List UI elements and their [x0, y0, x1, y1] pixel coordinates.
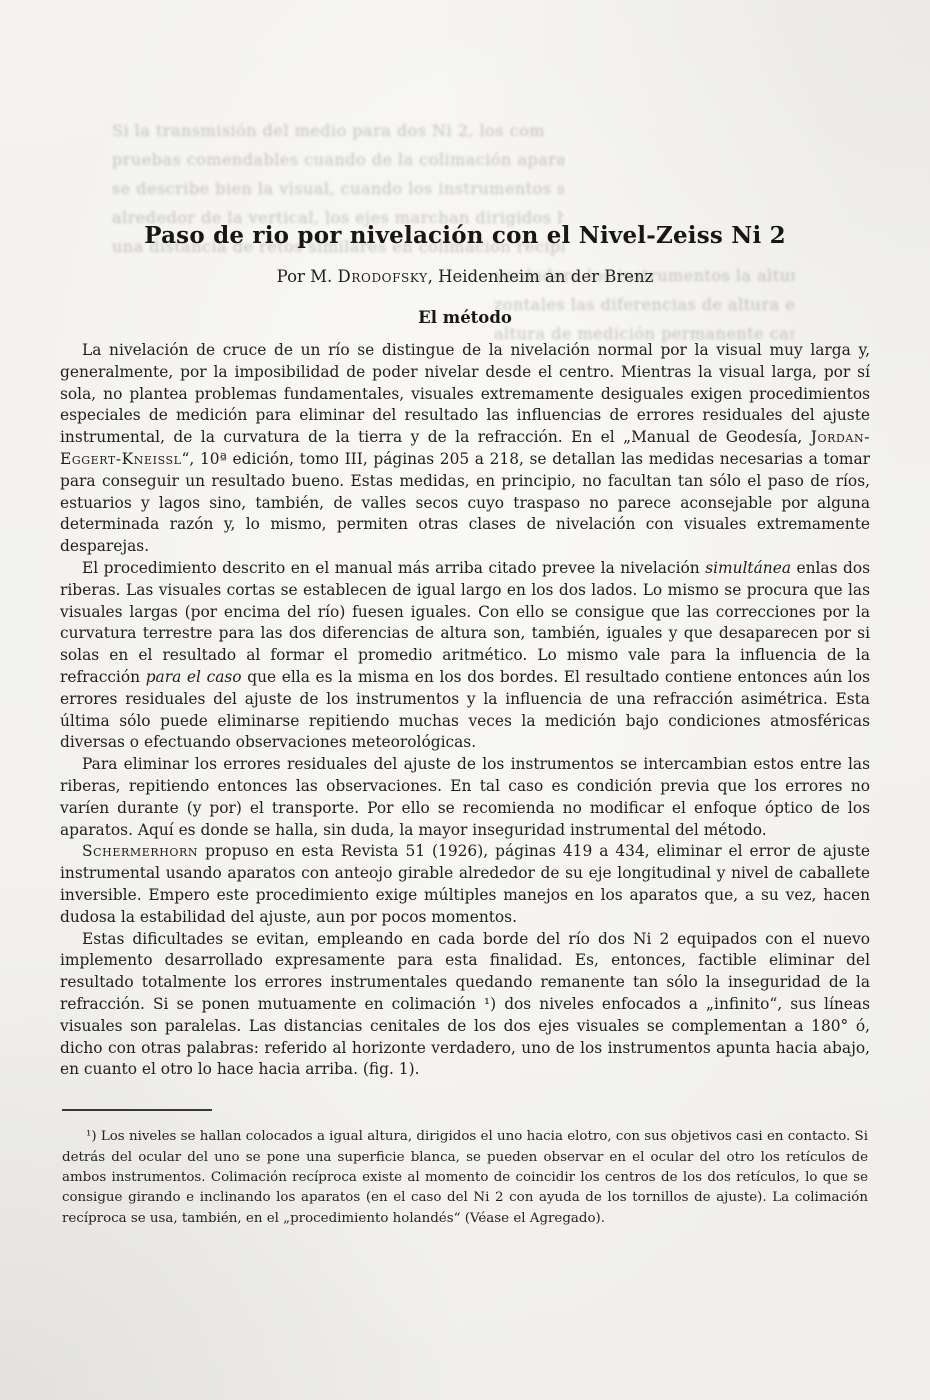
- author-name: Drodofsky: [338, 267, 428, 286]
- bleedthrough-line: pruebas comendables cuando de la colimac…: [112, 145, 564, 174]
- bleedthrough-line: Si la transmisión del medio para dos Ni …: [112, 116, 564, 145]
- text-segment: Estas dificultades se evitan, empleando …: [60, 930, 870, 1079]
- footnote-divider: [62, 1109, 212, 1111]
- text-segment: El procedimiento descrito en el manual m…: [82, 559, 705, 577]
- byline-prefix: Por M.: [277, 267, 338, 286]
- text-segment: Schermerhorn: [82, 842, 198, 860]
- text-segment: simultánea: [705, 559, 791, 577]
- text-segment: para el caso: [146, 668, 242, 686]
- text-segment: ¹) Los niveles se hallan colocados a igu…: [62, 1129, 868, 1226]
- text-segment: Para eliminar los errores residuales del…: [60, 755, 870, 838]
- bleedthrough-line: se describe bien la visual, cuando los i…: [112, 174, 564, 203]
- text-segment: “, 10ª edición, tomo III, páginas 205 a …: [60, 450, 870, 555]
- article-body: La nivelación de cruce de un río se dist…: [60, 340, 870, 1081]
- byline-suffix: , Heidenheim an der Brenz: [428, 267, 654, 286]
- section-heading: El método: [60, 308, 870, 327]
- paragraph: La nivelación de cruce de un río se dist…: [60, 340, 870, 558]
- paragraph: Estas dificultades se evitan, empleando …: [60, 929, 870, 1082]
- scanned-journal-page: Si la transmisión del medio para dos Ni …: [0, 0, 930, 1400]
- paragraph: El procedimiento descrito en el manual m…: [60, 558, 870, 754]
- paragraph: Schermerhorn propuso en esta Revista 51 …: [60, 841, 870, 928]
- text-segment: La nivelación de cruce de un río se dist…: [60, 341, 870, 446]
- paragraph: Para eliminar los errores residuales del…: [60, 754, 870, 841]
- article-title: Paso de rio por nivelación con el Nivel-…: [60, 222, 870, 249]
- text-segment: enlas dos riberas. Las visuales cortas s…: [60, 559, 870, 686]
- footnote: ¹) Los niveles se hallan colocados a igu…: [62, 1127, 868, 1229]
- article-byline: Por M. Drodofsky, Heidenheim an der Bren…: [60, 267, 870, 286]
